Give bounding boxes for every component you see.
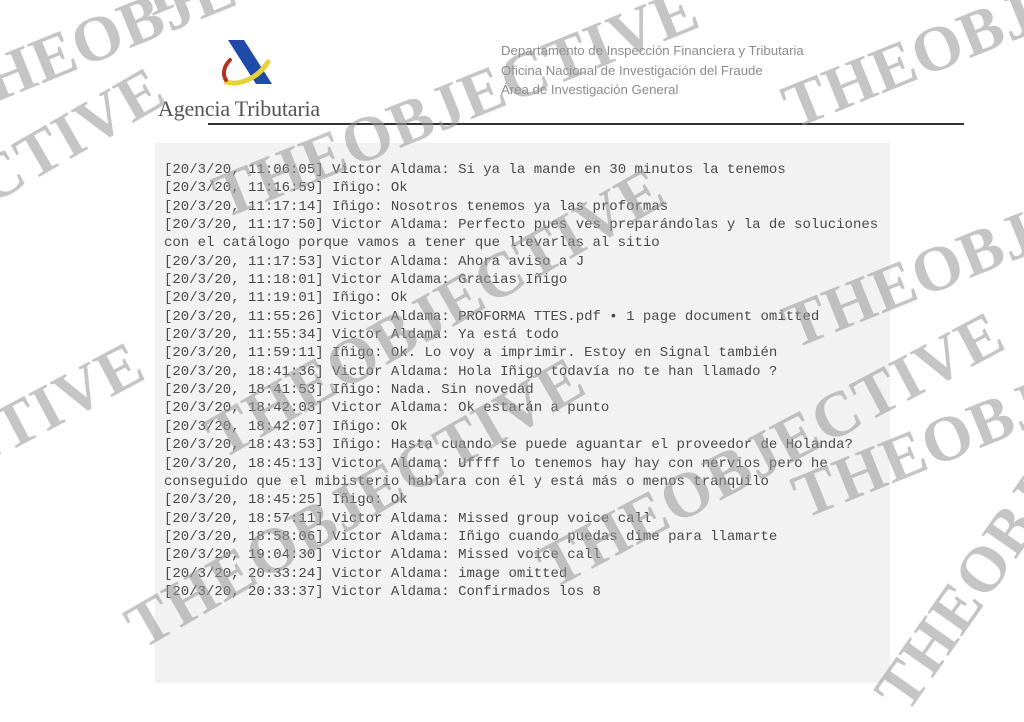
chat-message: [20/3/20, 18:45:25] Iñigo: Ok — [164, 491, 884, 509]
office-line: Oficina Nacional de Investigación del Fr… — [501, 61, 804, 81]
message-text: Ok — [391, 290, 408, 306]
message-timestamp: [20/3/20, 18:42:03] — [164, 400, 324, 416]
message-sender: Iñigo — [332, 345, 374, 361]
message-sender: Victor Aldama — [332, 327, 441, 343]
message-text: Hasta cuando se puede aguantar el provee… — [391, 437, 853, 453]
message-sender: Victor Aldama — [332, 309, 441, 325]
message-text: Ok. Lo voy a imprimir. Estoy en Signal t… — [391, 345, 777, 361]
message-text: Ok — [391, 492, 408, 508]
message-sender: Victor Aldama — [332, 529, 441, 545]
message-sender: Iñigo — [332, 419, 374, 435]
message-timestamp: [20/3/20, 11:17:14] — [164, 199, 324, 215]
header-divider — [208, 123, 964, 125]
message-sender: Victor Aldama — [332, 547, 441, 563]
chat-message: [20/3/20, 11:55:26] Victor Aldama: PROFO… — [164, 308, 884, 326]
message-sender: Victor Aldama — [332, 456, 441, 472]
chat-message: [20/3/20, 20:33:24] Victor Aldama: image… — [164, 565, 884, 583]
chat-message: [20/3/20, 18:57:11] Victor Aldama: Misse… — [164, 510, 884, 528]
message-text: Missed voice call — [458, 547, 601, 563]
message-sender: Victor Aldama — [332, 364, 441, 380]
chat-message: [20/3/20, 18:41:53] Iñigo: Nada. Sin nov… — [164, 381, 884, 399]
chat-message: [20/3/20, 20:33:37] Victor Aldama: Confi… — [164, 583, 884, 601]
message-timestamp: [20/3/20, 18:45:13] — [164, 456, 324, 472]
watermark: THEOBJECTIVE — [0, 51, 178, 374]
message-text: Hola Iñigo todavía no te han llamado ? — [458, 364, 777, 380]
message-timestamp: [20/3/20, 11:17:50] — [164, 217, 324, 233]
message-sender: Victor Aldama — [332, 272, 441, 288]
message-sender: Iñigo — [332, 199, 374, 215]
message-sender: Iñigo — [332, 492, 374, 508]
message-text: Ahora aviso a J — [458, 254, 584, 270]
message-sender: Victor Aldama — [332, 162, 441, 178]
message-timestamp: [20/3/20, 19:04:30] — [164, 547, 324, 563]
message-timestamp: [20/3/20, 18:58:06] — [164, 529, 324, 545]
message-timestamp: [20/3/20, 18:42:07] — [164, 419, 324, 435]
message-text: Si ya la mande en 30 minutos la tenemos — [458, 162, 786, 178]
chat-message: [20/3/20, 18:45:13] Victor Aldama: Uffff… — [164, 455, 884, 492]
message-sender: Victor Aldama — [332, 511, 441, 527]
chat-message: [20/3/20, 11:17:50] Victor Aldama: Perfe… — [164, 216, 884, 253]
message-timestamp: [20/3/20, 18:43:53] — [164, 437, 324, 453]
area-line: Área de Investigación General — [501, 80, 804, 100]
message-timestamp: [20/3/20, 20:33:37] — [164, 584, 324, 600]
chat-message: [20/3/20, 11:17:53] Victor Aldama: Ahora… — [164, 253, 884, 271]
message-sender: Victor Aldama — [332, 254, 441, 270]
message-text: Missed group voice call — [458, 511, 651, 527]
message-sender: Victor Aldama — [332, 566, 441, 582]
chat-message: [20/3/20, 19:04:30] Victor Aldama: Misse… — [164, 546, 884, 564]
chat-message: [20/3/20, 18:42:03] Victor Aldama: Ok es… — [164, 399, 884, 417]
message-timestamp: [20/3/20, 11:19:01] — [164, 290, 324, 306]
chat-message: [20/3/20, 18:58:06] Victor Aldama: Iñigo… — [164, 528, 884, 546]
watermark: THEOBJECTIVE — [122, 0, 629, 34]
message-text: image omitted — [458, 566, 567, 582]
message-timestamp: [20/3/20, 11:06:05] — [164, 162, 324, 178]
chat-message: [20/3/20, 11:06:05] Victor Aldama: Si ya… — [164, 161, 884, 179]
message-text: Nosotros tenemos ya las proformas — [391, 199, 668, 215]
chat-message: [20/3/20, 18:41:36] Victor Aldama: Hola … — [164, 363, 884, 381]
message-text: Confirmados los 8 — [458, 584, 601, 600]
chat-transcript: [20/3/20, 11:06:05] Victor Aldama: Si ya… — [155, 143, 890, 683]
message-text: Ok — [391, 419, 408, 435]
message-sender: Victor Aldama — [332, 400, 441, 416]
message-text: Iñigo cuando puedas dime para llamarte — [458, 529, 777, 545]
message-sender: Victor Aldama — [332, 217, 441, 233]
message-sender: Iñigo — [332, 290, 374, 306]
message-text: PROFORMA TTES.pdf • 1 page document omit… — [458, 309, 819, 325]
document-page: Agencia Tributaria Departamento de Inspe… — [0, 0, 1024, 722]
chat-transcript-text: [20/3/20, 11:06:05] Victor Aldama: Si ya… — [164, 161, 884, 601]
chat-message: [20/3/20, 18:42:07] Iñigo: Ok — [164, 418, 884, 436]
message-sender: Iñigo — [332, 382, 374, 398]
message-text: Nada. Sin novedad — [391, 382, 534, 398]
message-timestamp: [20/3/20, 11:55:34] — [164, 327, 324, 343]
chat-message: [20/3/20, 11:55:34] Victor Aldama: Ya es… — [164, 326, 884, 344]
message-timestamp: [20/3/20, 18:41:36] — [164, 364, 324, 380]
message-timestamp: [20/3/20, 11:17:53] — [164, 254, 324, 270]
message-text: Ya está todo — [458, 327, 559, 343]
chat-message: [20/3/20, 11:17:14] Iñigo: Nosotros tene… — [164, 198, 884, 216]
message-timestamp: [20/3/20, 11:59:11] — [164, 345, 324, 361]
chat-message: [20/3/20, 11:59:11] Iñigo: Ok. Lo voy a … — [164, 344, 884, 362]
message-sender: Iñigo — [332, 437, 374, 453]
chat-message: [20/3/20, 11:19:01] Iñigo: Ok — [164, 289, 884, 307]
logo-red-arc — [224, 60, 230, 80]
message-timestamp: [20/3/20, 18:45:25] — [164, 492, 324, 508]
message-timestamp: [20/3/20, 20:33:24] — [164, 566, 324, 582]
chat-message: [20/3/20, 11:16:59] Iñigo: Ok — [164, 179, 884, 197]
agencia-tributaria-logo-icon — [218, 38, 276, 88]
message-sender: Iñigo — [332, 180, 374, 196]
department-header: Departamento de Inspección Financiera y … — [501, 41, 804, 100]
message-text: Gracias Iñigo — [458, 272, 567, 288]
watermark: THEOBJECTIVE — [0, 326, 157, 634]
message-timestamp: [20/3/20, 11:18:01] — [164, 272, 324, 288]
agency-name: Agencia Tributaria — [158, 96, 320, 122]
chat-message: [20/3/20, 11:18:01] Victor Aldama: Graci… — [164, 271, 884, 289]
message-timestamp: [20/3/20, 18:41:53] — [164, 382, 324, 398]
message-timestamp: [20/3/20, 11:16:59] — [164, 180, 324, 196]
message-timestamp: [20/3/20, 11:55:26] — [164, 309, 324, 325]
department-line: Departamento de Inspección Financiera y … — [501, 41, 804, 61]
chat-message: [20/3/20, 18:43:53] Iñigo: Hasta cuando … — [164, 436, 884, 454]
message-sender: Victor Aldama — [332, 584, 441, 600]
message-text: Ok — [391, 180, 408, 196]
message-timestamp: [20/3/20, 18:57:11] — [164, 511, 324, 527]
message-text: Ok estarán a punto — [458, 400, 609, 416]
